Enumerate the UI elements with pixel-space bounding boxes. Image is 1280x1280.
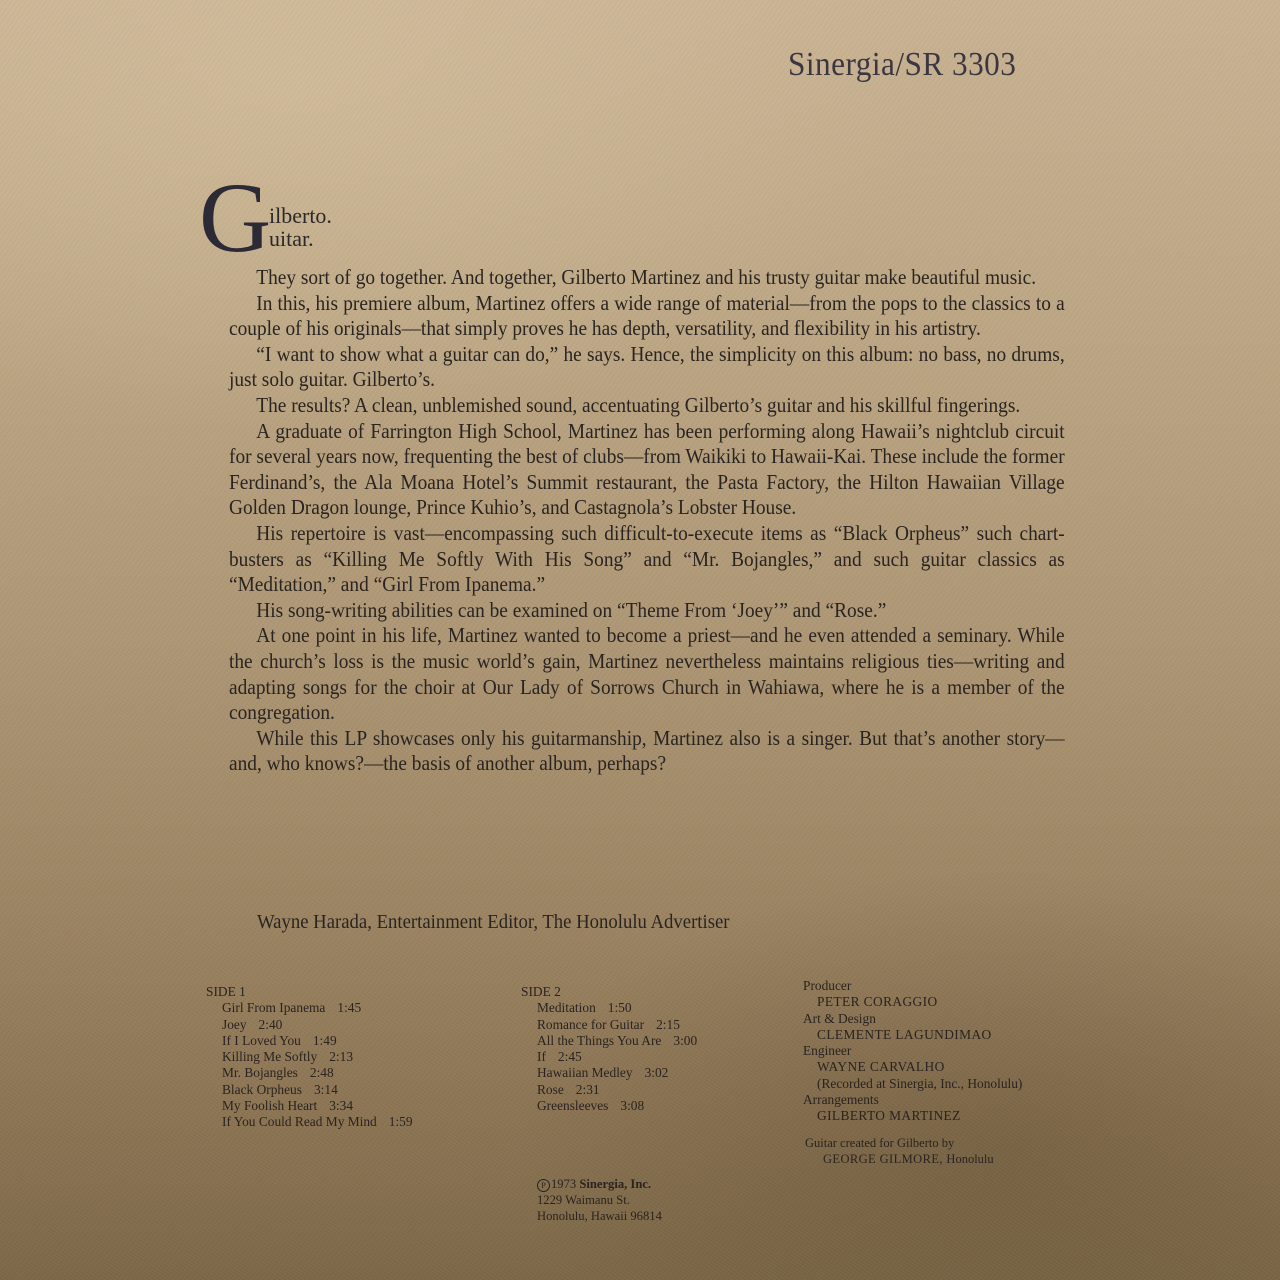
liner-paragraph: At one point in his life, Martinez wante… — [229, 624, 1065, 726]
side-heading: SIDE 1 — [206, 984, 413, 1000]
credit-role: Arrangements — [803, 1092, 1022, 1108]
credit-role: Guitar created for Gilberto by — [803, 1135, 1022, 1151]
credit-role: Engineer — [803, 1043, 1022, 1059]
track-row: Meditation1:50 — [521, 1000, 697, 1016]
track-title: Joey — [222, 1017, 247, 1032]
track-title: Hawaiian Medley — [537, 1065, 633, 1080]
track-title: Mr. Bojangles — [222, 1065, 298, 1080]
track-title: Girl From Ipanema — [222, 1000, 325, 1015]
phonogram-copyright-icon: P — [537, 1179, 550, 1192]
track-row: If2:45 — [521, 1049, 697, 1065]
track-duration: 1:45 — [337, 1000, 361, 1015]
track-duration: 1:59 — [389, 1114, 413, 1129]
credit-name: WAYNE CARVALHO — [803, 1059, 1022, 1075]
track-row: Hawaiian Medley3:02 — [521, 1065, 697, 1081]
credit-list: ProducerPETER CORAGGIOArt & DesignCLEMEN… — [803, 978, 1022, 1125]
track-list: Girl From Ipanema1:45Joey2:40If I Loved … — [206, 1000, 413, 1130]
track-duration: 2:48 — [310, 1065, 334, 1080]
side-heading: SIDE 2 — [521, 984, 697, 1000]
track-duration: 3:14 — [314, 1082, 338, 1097]
address-line-1: 1229 Waimanu St. — [537, 1192, 662, 1208]
copyright-line: P1973 Sinergia, Inc. — [537, 1176, 662, 1192]
track-duration: 1:50 — [608, 1000, 632, 1015]
track-title: Killing Me Softly — [222, 1049, 317, 1064]
liner-paragraph: The results? A clean, unblemished sound,… — [229, 394, 1065, 420]
track-row: My Foolish Heart3:34 — [206, 1098, 413, 1114]
track-title: Black Orpheus — [222, 1082, 302, 1097]
credit-note: (Recorded at Sinergia, Inc., Honolulu) — [803, 1076, 1022, 1092]
drop-cap: G — [199, 168, 271, 268]
track-title: If You Could Read My Mind — [222, 1114, 377, 1129]
liner-paragraph: “I want to show what a guitar can do,” h… — [229, 343, 1065, 394]
credit-name: CLEMENTE LAGUNDIMAO — [803, 1027, 1022, 1043]
track-title: Romance for Guitar — [537, 1017, 644, 1032]
tracklist-side-2: SIDE 2 Meditation1:50Romance for Guitar2… — [521, 984, 697, 1114]
headline-line-2: uitar. — [269, 226, 314, 252]
track-row: Greensleeves3:08 — [521, 1098, 697, 1114]
credit-name: PETER CORAGGIO — [803, 994, 1022, 1010]
liner-notes: They sort of go together. And together, … — [229, 266, 1065, 778]
track-title: Rose — [537, 1082, 564, 1097]
track-list: Meditation1:50Romance for Guitar2:15All … — [521, 1000, 697, 1114]
track-duration: 3:02 — [645, 1065, 669, 1080]
track-title: Meditation — [537, 1000, 596, 1015]
track-row: Romance for Guitar2:15 — [521, 1017, 697, 1033]
track-duration: 2:31 — [576, 1082, 600, 1097]
guitar-maker-name: GEORGE GILMORE, — [823, 1152, 943, 1166]
credits: ProducerPETER CORAGGIOArt & DesignCLEMEN… — [803, 978, 1022, 1167]
liner-paragraph: They sort of go together. And together, … — [229, 266, 1065, 292]
credit-role: Producer — [803, 978, 1022, 994]
liner-paragraph: While this LP showcases only his guitarm… — [229, 727, 1065, 778]
catalog-number: Sinergia/SR 3303 — [788, 46, 1016, 84]
liner-paragraph: A graduate of Farrington High School, Ma… — [229, 420, 1065, 522]
track-duration: 3:08 — [620, 1098, 644, 1113]
track-duration: 2:15 — [656, 1017, 680, 1032]
track-row: Killing Me Softly2:13 — [206, 1049, 413, 1065]
liner-paragraph: His repertoire is vast—encompassing such… — [229, 522, 1065, 599]
track-title: If I Loved You — [222, 1033, 301, 1048]
credit-name: GILBERTO MARTINEZ — [803, 1108, 1022, 1124]
credit-role: Art & Design — [803, 1011, 1022, 1027]
liner-paragraph: In this, his premiere album, Martinez of… — [229, 292, 1065, 343]
track-title: If — [537, 1049, 546, 1064]
track-duration: 2:45 — [558, 1049, 582, 1064]
track-row: Black Orpheus3:14 — [206, 1082, 413, 1098]
track-duration: 2:13 — [329, 1049, 353, 1064]
tracklist-side-1: SIDE 1 Girl From Ipanema1:45Joey2:40If I… — [206, 984, 413, 1131]
address-line-2: Honolulu, Hawaii 96814 — [537, 1208, 662, 1224]
guitar-credit: Guitar created for Gilberto by GEORGE GI… — [803, 1135, 1022, 1168]
guitar-maker-place: Honolulu — [946, 1152, 993, 1166]
track-row: Mr. Bojangles2:48 — [206, 1065, 413, 1081]
track-duration: 3:00 — [673, 1033, 697, 1048]
author-signature: Wayne Harada, Entertainment Editor, The … — [257, 912, 730, 934]
copyright-holder: Sinergia, Inc. — [579, 1177, 651, 1191]
track-row: If You Could Read My Mind1:59 — [206, 1114, 413, 1130]
copyright-year: 1973 — [551, 1177, 576, 1191]
credit-name: GEORGE GILMORE, Honolulu — [803, 1151, 1022, 1167]
track-row: All the Things You Are3:00 — [521, 1033, 697, 1049]
track-duration: 3:34 — [329, 1098, 353, 1113]
track-row: Rose2:31 — [521, 1082, 697, 1098]
track-row: Girl From Ipanema1:45 — [206, 1000, 413, 1016]
track-row: If I Loved You1:49 — [206, 1033, 413, 1049]
track-duration: 1:49 — [313, 1033, 337, 1048]
track-duration: 2:40 — [259, 1017, 283, 1032]
liner-paragraph: His song-writing abilities can be examin… — [229, 599, 1065, 625]
track-title: Greensleeves — [537, 1098, 608, 1113]
track-row: Joey2:40 — [206, 1017, 413, 1033]
track-title: My Foolish Heart — [222, 1098, 317, 1113]
copyright-block: P1973 Sinergia, Inc. 1229 Waimanu St. Ho… — [537, 1176, 662, 1224]
track-title: All the Things You Are — [537, 1033, 661, 1048]
